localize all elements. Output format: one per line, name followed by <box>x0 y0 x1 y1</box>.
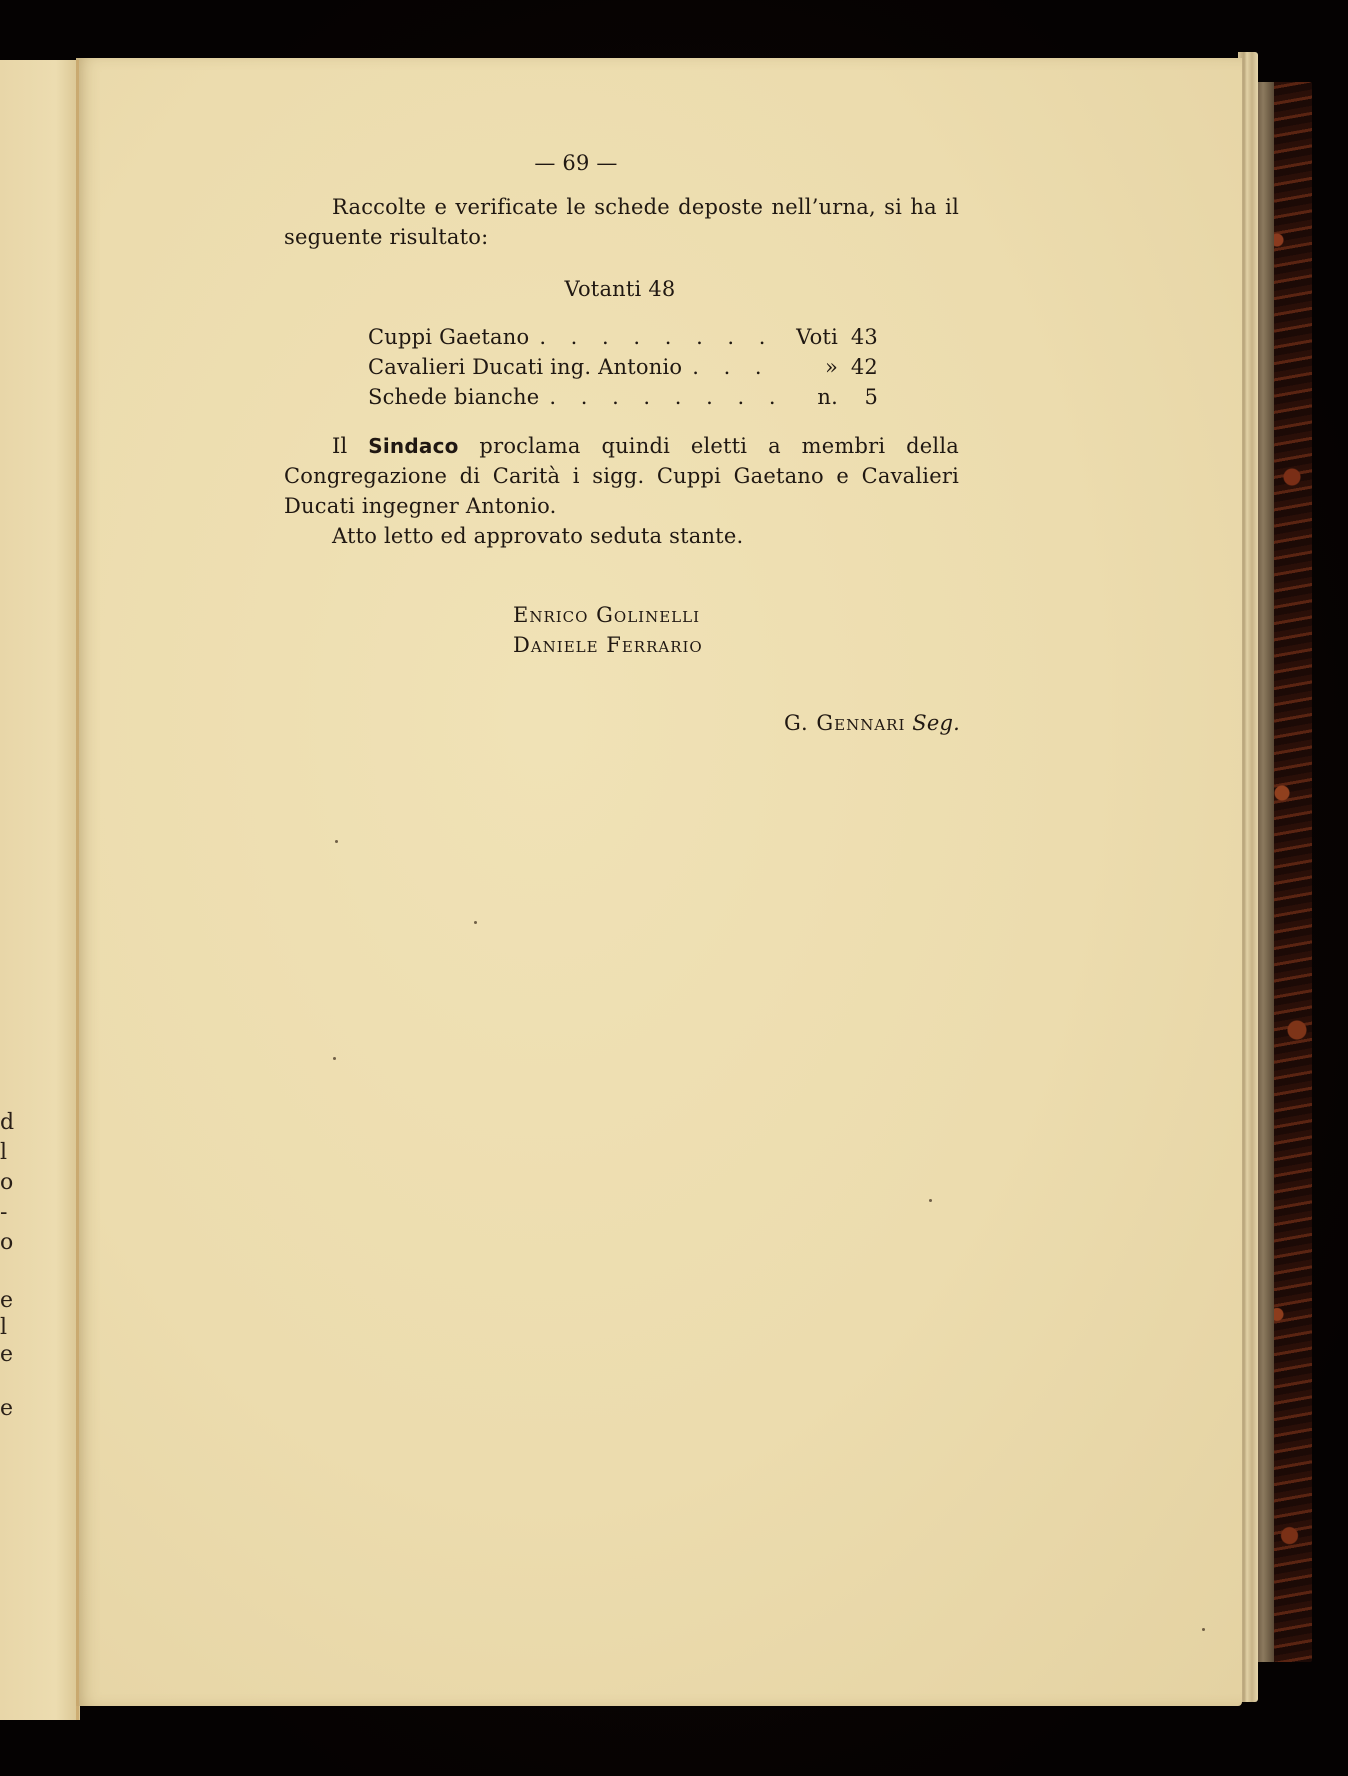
candidate-name: Cavalieri Ducati ing. Antonio <box>368 352 682 382</box>
page-gutter <box>76 60 79 1720</box>
left-page-fragment: l <box>0 1140 7 1165</box>
result-row: Schede bianche . . . . . . . . . n. 5 <box>368 382 878 412</box>
votanti-count: Votanti 48 <box>520 274 720 304</box>
sindaco-emphasis: Sindaco <box>368 434 458 458</box>
proclamation-paragraph: Il Sindaco proclama quindi eletti a memb… <box>284 431 959 521</box>
left-page-fragment: e <box>0 1396 13 1421</box>
vote-unit: n. <box>782 382 844 412</box>
left-page-fragment: d <box>0 1110 14 1135</box>
leader-dots: . . . . . . . . . <box>529 322 782 352</box>
result-row: Cuppi Gaetano . . . . . . . . . Voti 43 <box>368 322 878 352</box>
vote-count: 43 <box>844 322 878 352</box>
paper-speck <box>929 1199 932 1202</box>
left-page-fragment: l <box>0 1315 7 1340</box>
paper-speck <box>335 840 338 843</box>
closing-paragraph: Atto letto ed approvato seduta stante. <box>284 521 959 551</box>
vote-count: 42 <box>844 352 878 382</box>
intro-paragraph: Raccolte e verificate le schede deposte … <box>284 192 959 252</box>
book-cover-edge <box>1256 82 1274 1662</box>
left-page-fragment: o <box>0 1230 13 1255</box>
leader-dots: . . . . . . . . . <box>539 382 782 412</box>
paper-speck <box>1202 1628 1205 1631</box>
left-page-fragment: e <box>0 1288 13 1313</box>
candidate-name: Cuppi Gaetano <box>368 322 529 352</box>
left-page-fragment: - <box>0 1200 7 1225</box>
signature-name: Enrico Golinelli <box>513 600 813 630</box>
paper-speck <box>474 921 477 924</box>
leader-dots: . . . <box>682 352 782 382</box>
vote-count: 5 <box>844 382 878 412</box>
candidate-name: Schede bianche <box>368 382 539 412</box>
vote-unit: » <box>782 352 844 382</box>
vote-unit: Voti <box>782 322 844 352</box>
result-row: Cavalieri Ducati ing. Antonio . . . » 42 <box>368 352 878 382</box>
signatures-block: Enrico Golinelli Daniele Ferrario <box>513 600 813 660</box>
vote-results-table: Cuppi Gaetano . . . . . . . . . Voti 43 … <box>368 322 878 412</box>
book-page <box>76 58 1242 1706</box>
page-number: — 69 — <box>506 148 646 178</box>
paper-speck <box>333 1057 336 1060</box>
signature-name: Daniele Ferrario <box>513 630 813 660</box>
left-page-fragment: e <box>0 1342 13 1367</box>
left-page-fragment: o <box>0 1170 13 1195</box>
secretary-name: G. Gennari <box>784 711 905 735</box>
previous-page-edge: d l o - o e l e e <box>0 60 80 1720</box>
proclamation-prefix: Il <box>332 434 368 458</box>
secretary-signature: G. Gennari Seg. <box>700 708 960 738</box>
secretary-role: Seg. <box>912 711 960 735</box>
